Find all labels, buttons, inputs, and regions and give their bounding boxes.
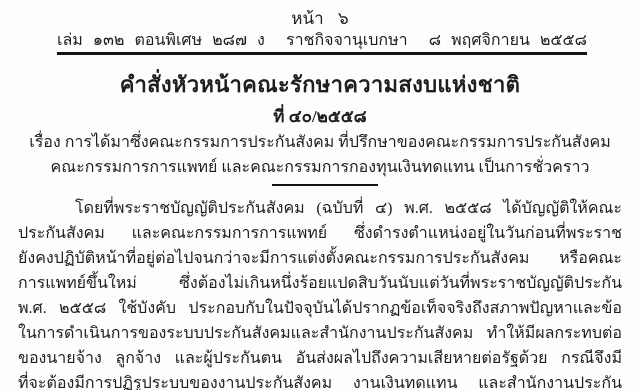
order-body-paragraph: โดยที่พระราชบัญญัติประกันสังคม (ฉบับที่ …	[18, 196, 622, 390]
subject-divider-rule	[272, 184, 378, 186]
body-line: ในการดำเนินการของระบบประกันสังคมและสำนัก…	[18, 321, 622, 346]
body-line: พ.ศ. ๒๕๕๘ ใช้บังคับ ประกอบกับในปัจจุบันไ…	[18, 296, 622, 321]
order-number: ที่ ๔๐/๒๕๕๘	[0, 103, 640, 130]
body-line: ของนายจ้าง ลูกจ้าง และผู้ประกันตน อันส่ง…	[18, 346, 622, 371]
body-line: ประกันสังคม และคณะกรรมการการแพทย์ ซึ่งดำ…	[18, 221, 622, 246]
body-line: ยังคงปฏิบัติหน้าที่อยู่ต่อไปจนกว่าจะมีกา…	[18, 246, 622, 271]
gazette-header-row: เล่ม ๑๓๒ ตอนพิเศษ ๒๘๗ ง ราชกิจจานุเบกษา …	[57, 28, 587, 53]
subject-line-1: เรื่อง การได้มาซึ่งคณะกรรมการประกันสังคม…	[20, 130, 620, 155]
gazette-page: หน้า ๖ เล่ม ๑๓๒ ตอนพิเศษ ๒๘๗ ง ราชกิจจาน…	[0, 0, 640, 390]
gazette-name: ราชกิจจานุเบกษา	[286, 28, 408, 53]
body-line: ที่จะต้องมีการปฏิรูประบบของงานประกันสังค…	[18, 371, 622, 390]
order-subject: เรื่อง การได้มาซึ่งคณะกรรมการประกันสังคม…	[20, 130, 620, 180]
header-rule	[57, 52, 587, 55]
order-title: คำสั่งหัวหน้าคณะรักษาความสงบแห่งชาติ	[0, 67, 640, 102]
subject-line-2: คณะกรรมการการแพทย์ และคณะกรรมการกองทุนเง…	[20, 155, 620, 180]
volume-issue-label: เล่ม ๑๓๒ ตอนพิเศษ ๒๘๗ ง	[57, 28, 265, 53]
body-line: การแพทย์ขึ้นใหม่ ซึ่งต้องไม่เกินหนึ่งร้อ…	[18, 271, 622, 296]
body-line: โดยที่พระราชบัญญัติประกันสังคม (ฉบับที่ …	[18, 196, 622, 221]
gazette-date: ๘ พฤศจิกายน ๒๕๕๘	[429, 28, 587, 53]
